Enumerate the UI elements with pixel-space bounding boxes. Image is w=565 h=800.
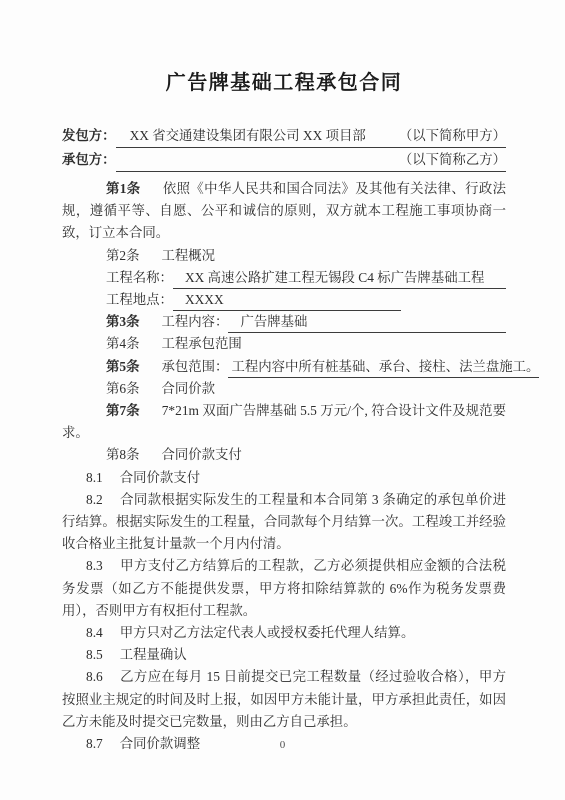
sub-clause-8-6-number: 8.6	[86, 669, 103, 684]
clause-4-number: 第4条	[106, 336, 139, 351]
sub-clause-8-2: 8.2合同款根据实际发生的工程量和本合同第 3 条确定的承包单价进行结算。根据实…	[62, 489, 506, 556]
employer-underline: XX 省交通建设集团有限公司 XX 项目部	[116, 124, 399, 148]
field-project-location: 工程地点： XXXX	[62, 289, 506, 311]
project-name-label: 工程名称：	[106, 267, 173, 289]
clause-6: 第6条合同价款	[62, 378, 506, 400]
page-number: 0	[0, 739, 565, 751]
sub-clause-8-6: 8.6乙方应在每月 15 日前提交已完工程数量（经过验收合格），甲方按照业主规定…	[62, 666, 506, 733]
sub-clause-8-3: 8.3甲方支付乙方结算后的工程款，乙方必须提供相应金额的合法税务发票（如乙方不能…	[62, 555, 506, 622]
project-location-value: XXXX	[173, 292, 224, 307]
employer-label: 发包方：	[62, 124, 116, 148]
sub-clause-8-1-text: 合同价款支付	[120, 470, 200, 485]
contractor-alias: （以下简称乙方）	[399, 148, 506, 172]
document-content: 广告牌基础工程承包合同 发包方： XX 省交通建设集团有限公司 XX 项目部 （…	[0, 0, 565, 755]
sub-clause-8-5: 8.5工程量确认	[62, 644, 506, 666]
document-title: 广告牌基础工程承包合同	[62, 0, 506, 96]
sub-clause-8-1: 8.1合同价款支付	[62, 467, 506, 489]
clause-7: 第7条7*21m 双面广告牌基础 5.5 万元/个, 符合设计文件及规范要求。	[62, 400, 506, 444]
clause-8-number: 第8条	[106, 447, 139, 462]
clause-3: 第3条 工程内容： 广告牌基础	[62, 311, 506, 333]
clause-8-text: 合同价款支付	[161, 447, 241, 462]
project-location-label: 工程地点：	[106, 289, 173, 311]
sub-clause-8-5-text: 工程量确认	[120, 647, 187, 662]
sub-clause-8-3-text: 甲方支付乙方结算后的工程款，乙方必须提供相应金额的合法税务发票（如乙方不能提供发…	[62, 558, 506, 617]
clause-7-number: 第7条	[106, 403, 140, 418]
clauses-section: 第1条依照《中华人民共和国合同法》及其他有关法律、行政法规，遵循平等、自愿、公平…	[62, 178, 506, 755]
clause-1: 第1条依照《中华人民共和国合同法》及其他有关法律、行政法规，遵循平等、自愿、公平…	[62, 178, 506, 245]
sub-clause-8-1-number: 8.1	[86, 470, 103, 485]
employer-row: 发包方： XX 省交通建设集团有限公司 XX 项目部 （以下简称甲方）	[62, 124, 506, 148]
clause-4-text: 工程承包范围	[161, 336, 241, 351]
clause-6-number: 第6条	[106, 381, 139, 396]
clause-5-underline: 工程内容中所有桩基础、承台、接柱、法兰盘施工。	[228, 356, 539, 378]
clause-5: 第5条 承包范围： 工程内容中所有桩基础、承台、接柱、法兰盘施工。	[62, 356, 506, 378]
contractor-underline	[116, 148, 399, 172]
clause-1-number: 第1条	[106, 181, 141, 196]
clause-2-text: 工程概况	[161, 248, 215, 263]
clause-6-text: 合同价款	[161, 381, 215, 396]
parties-section: 发包方： XX 省交通建设集团有限公司 XX 项目部 （以下简称甲方） 承包方：…	[62, 124, 506, 172]
employer-value: XX 省交通建设集团有限公司 XX 项目部	[116, 128, 366, 143]
clause-2-number: 第2条	[106, 248, 139, 263]
contract-document-page: 广告牌基础工程承包合同 发包方： XX 省交通建设集团有限公司 XX 项目部 （…	[0, 0, 565, 800]
sub-clause-8-3-number: 8.3	[86, 558, 103, 573]
clause-3-underline: 广告牌基础	[228, 311, 506, 333]
sub-clause-8-4-number: 8.4	[86, 625, 103, 640]
project-name-underline: XX 高速公路扩建工程无锡段 C4 标广告牌基础工程	[173, 267, 506, 289]
contractor-label: 承包方：	[62, 148, 116, 172]
contractor-value	[116, 152, 130, 167]
employer-alias: （以下简称甲方）	[399, 124, 506, 148]
sub-clause-8-4: 8.4甲方只对乙方法定代表人或授权委托代理人结算。	[62, 622, 506, 644]
clause-3-value: 广告牌基础	[228, 314, 307, 329]
sub-clause-8-6-text: 乙方应在每月 15 日前提交已完工程数量（经过验收合格），甲方按照业主规定的时间…	[62, 669, 506, 728]
sub-clause-8-4-text: 甲方只对乙方法定代表人或授权委托代理人结算。	[120, 625, 415, 640]
project-name-value: XX 高速公路扩建工程无锡段 C4 标广告牌基础工程	[173, 270, 484, 285]
clause-5-label: 承包范围：	[161, 356, 228, 378]
clause-8: 第8条合同价款支付	[62, 444, 506, 466]
clause-2: 第2条工程概况	[62, 245, 506, 267]
project-location-underline: XXXX	[173, 289, 401, 311]
field-project-name: 工程名称： XX 高速公路扩建工程无锡段 C4 标广告牌基础工程	[62, 267, 506, 289]
clause-4: 第4条工程承包范围	[62, 333, 506, 355]
clause-5-value: 工程内容中所有桩基础、承台、接柱、法兰盘施工。	[228, 359, 539, 374]
sub-clause-8-5-number: 8.5	[86, 647, 103, 662]
sub-clause-8-2-number: 8.2	[86, 492, 103, 507]
contractor-row: 承包方： （以下简称乙方）	[62, 148, 506, 172]
clause-3-number: 第3条	[106, 311, 139, 333]
sub-clause-8-2-text: 合同款根据实际发生的工程量和本合同第 3 条确定的承包单价进行结算。根据实际发生…	[62, 492, 506, 551]
clause-5-number: 第5条	[106, 356, 139, 378]
clause-3-label: 工程内容：	[161, 311, 228, 333]
